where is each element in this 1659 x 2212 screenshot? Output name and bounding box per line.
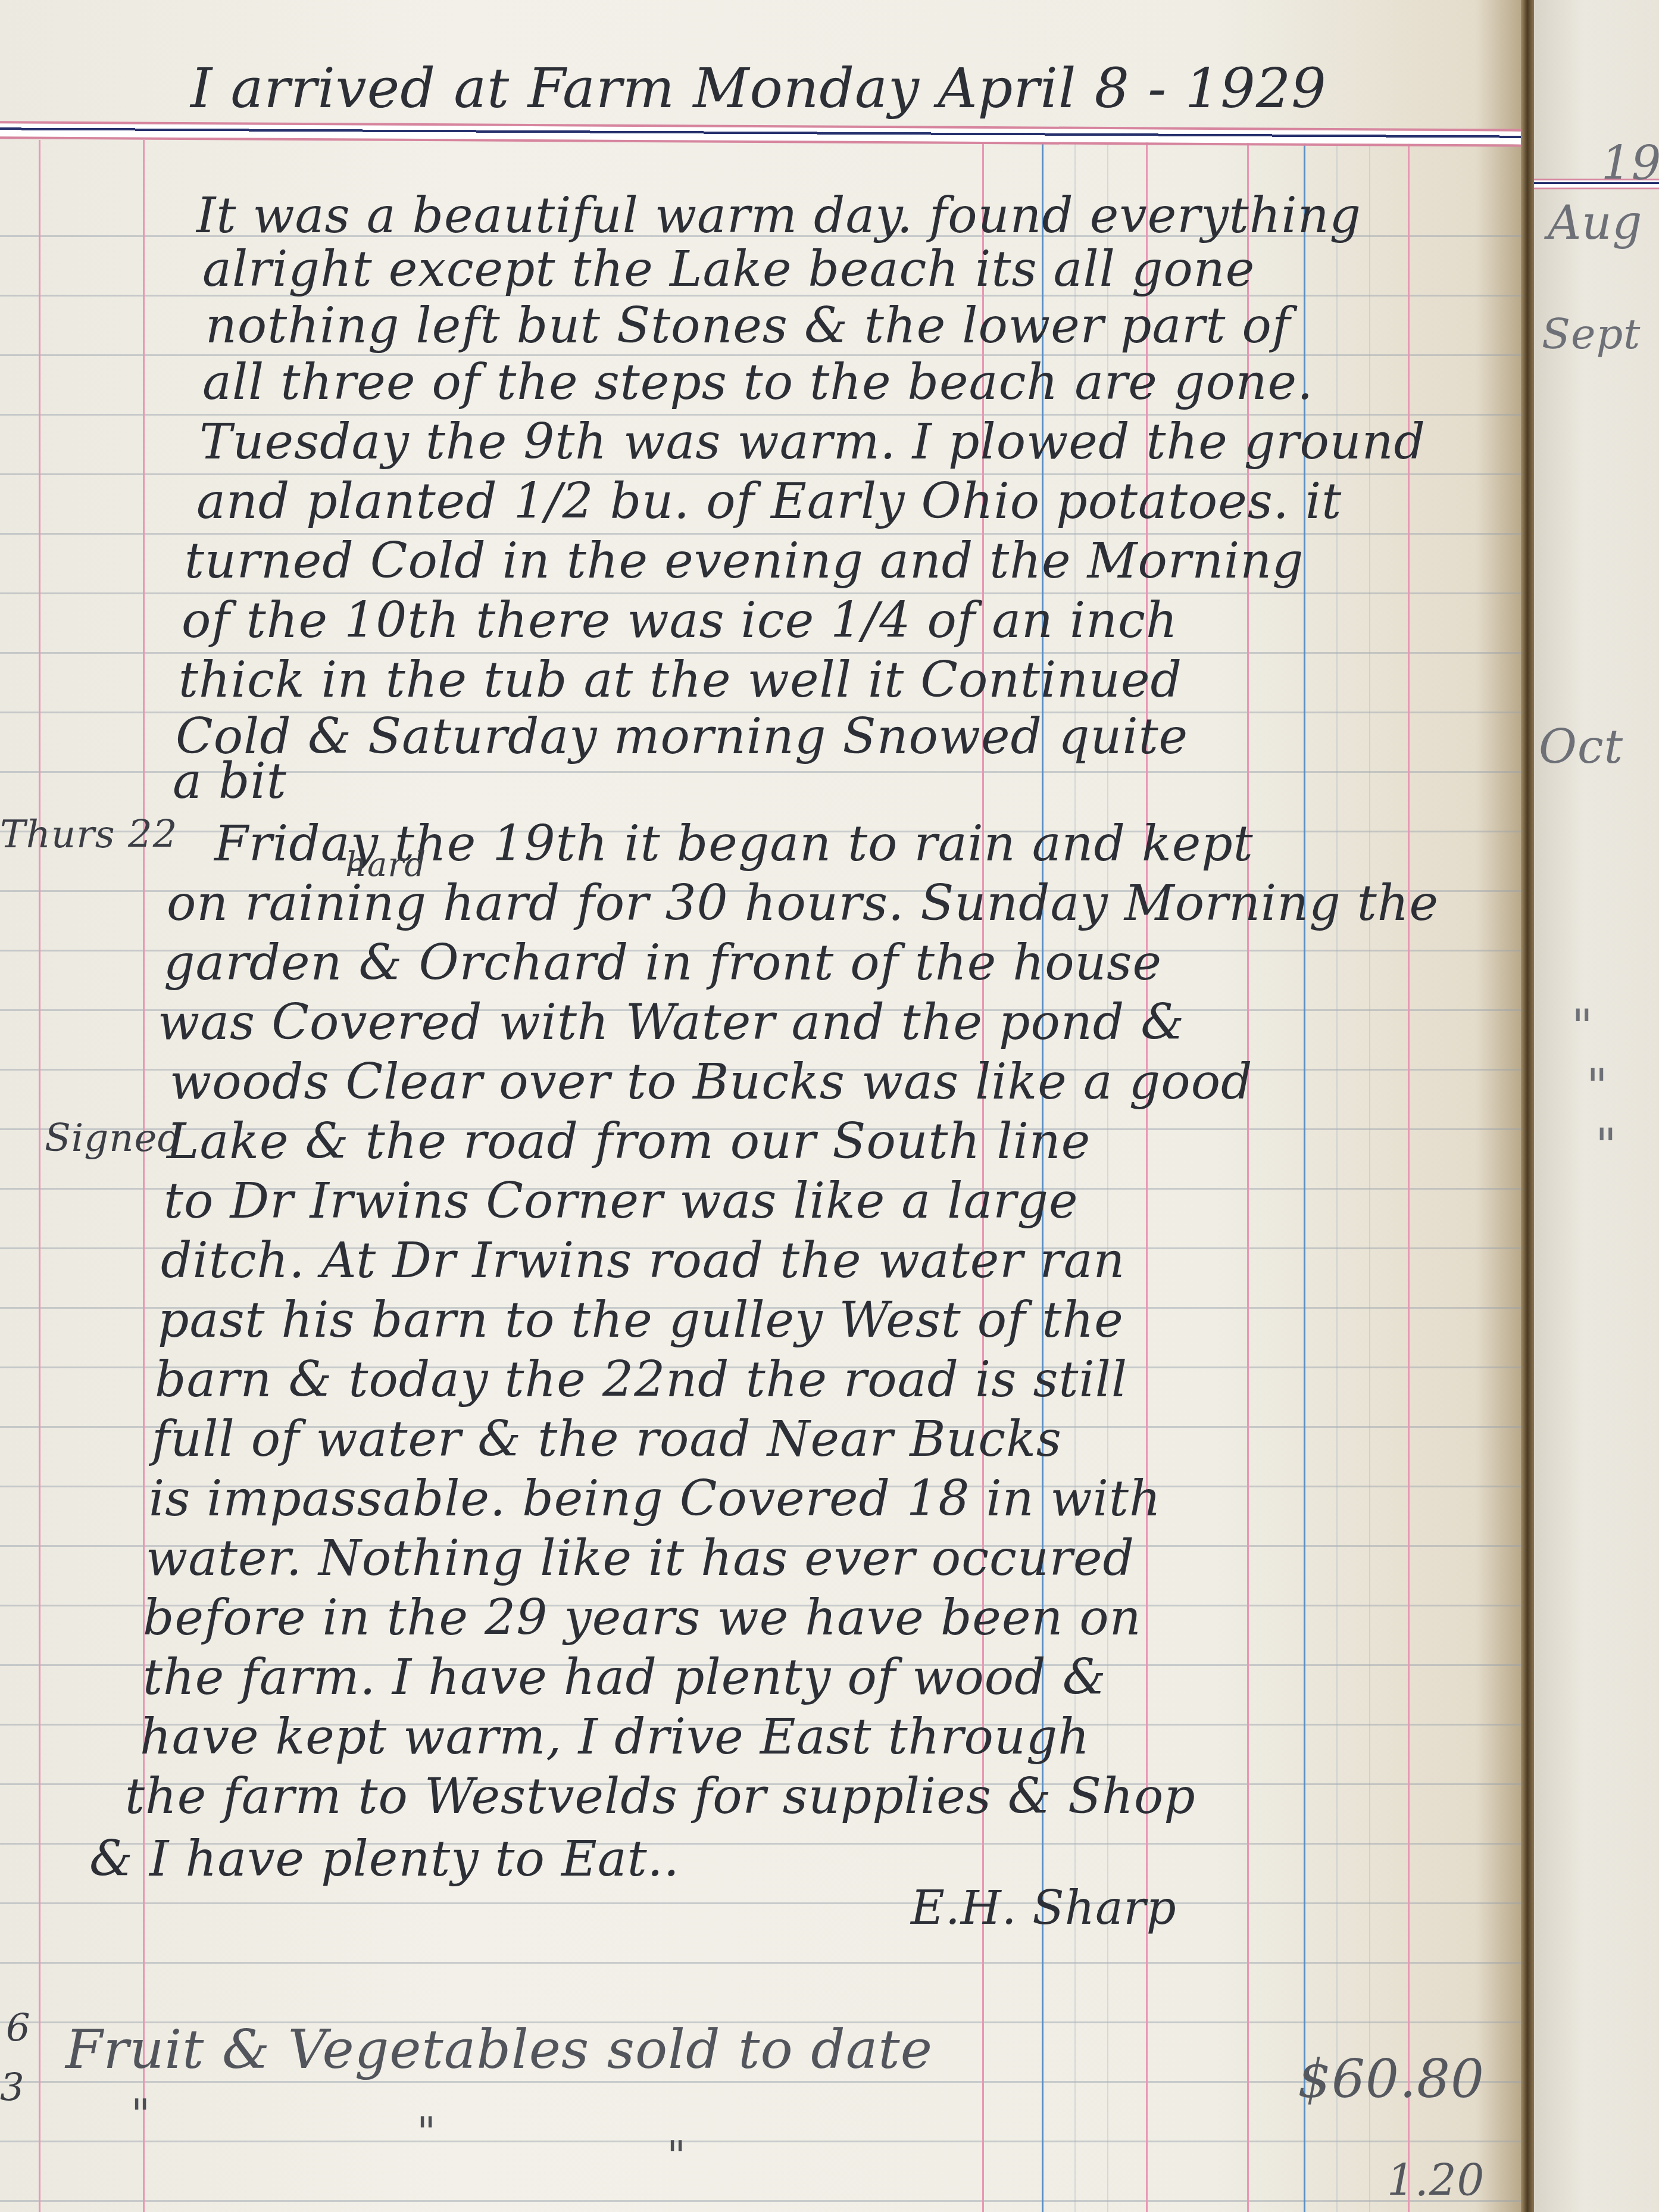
entry-line: of the 10th there was ice 1/4 of an inch [182,592,1178,649]
ledger-amount-next: 1.20 [1387,2155,1485,2205]
entry-line: Tuesday the 9th was warm. I plowed the g… [199,414,1426,470]
entry-line: thick in the tub at the well it Continue… [179,652,1182,709]
ditto-mark: " [417,2108,436,2157]
ruled-line [0,2141,1521,2142]
entry-line: and planted 1/2 bu. of Early Ohio potato… [196,473,1342,530]
entry-line: the farm to Westvelds for supplies & Sho… [125,1768,1196,1825]
entry-line: & I have plenty to Eat.. [89,1831,680,1887]
ledger-amount: $60.80 [1298,2048,1485,2110]
entry-line: is impassable. being Covered 18 in with [149,1471,1161,1527]
entry-line: barn & today the 22nd the road is still [155,1352,1127,1408]
left-edge-fragment: 6 [6,2007,31,2051]
entry-line: alright except the Lake beach its all go… [202,241,1255,298]
entry-line: woods Clear over to Bucks was like a goo… [170,1054,1253,1110]
entry-line: a bit [173,753,287,810]
left-edge-fragment: 3 [0,2066,25,2110]
ruled-line [0,1902,1521,1904]
margin-rule [39,140,40,2212]
entry-line: to Dr Irwins Corner was like a large [164,1173,1079,1230]
margin-rule [143,140,145,2212]
entry-line: all three of the steps to the beach are … [202,354,1313,411]
entry-line: full of water & the road Near Bucks [152,1411,1062,1468]
ruled-line [0,2081,1521,2083]
margin-note-signed: Signed [45,1116,182,1160]
signature: E.H. Sharp [911,1882,1177,1935]
entry-title: I arrived at Farm Monday April 8 - 1929 [190,57,1327,120]
ruled-line [0,2200,1521,2202]
entry-line: the farm. I have had plenty of wood & [143,1649,1107,1706]
ledger-entry-label: Fruit & Vegetables sold to date [65,2018,933,2081]
facing-month: Sept [1542,310,1641,358]
ditto-mark: " [131,2090,151,2139]
entry-line: past his barn to the gulley West of the [158,1292,1124,1349]
ditto-mark: " [1595,1119,1617,1173]
entry-line: before in the 29 years we have been on [143,1590,1141,1646]
entry-line: was Covered with Water and the pond & [158,994,1185,1051]
entry-line: turned Cold in the evening and the Morni… [185,533,1304,589]
entry-line: Cold & Saturday morning Snowed quite [176,709,1188,765]
facing-month: Aug [1548,196,1643,250]
facing-month: Oct [1539,720,1623,774]
entry-line: It was a beautiful warm day. found every… [196,188,1361,244]
entry-line: on raining hard for 30 hours. Sunday Mor… [167,875,1439,932]
ruled-line [0,1962,1521,1964]
facing-year: 19 [1601,137,1659,191]
entry-line: ditch. At Dr Irwins road the water ran [161,1233,1125,1289]
entry-line: garden & Orchard in front of the house [164,935,1162,991]
entry-line: Lake & the road from our South line [167,1113,1091,1170]
entry-line: nothing left but Stones & the lower part… [205,298,1291,354]
margin-note-date: Thurs 22 [0,813,177,857]
ditto-mark: " [1571,1000,1594,1054]
ditto-mark: " [667,2132,686,2180]
entry-line: water. Nothing like it has ever occured [146,1530,1135,1587]
ditto-mark: " [1586,1060,1608,1113]
entry-line: have kept warm, I drive East through [140,1709,1090,1765]
book-gutter [1521,0,1534,2212]
